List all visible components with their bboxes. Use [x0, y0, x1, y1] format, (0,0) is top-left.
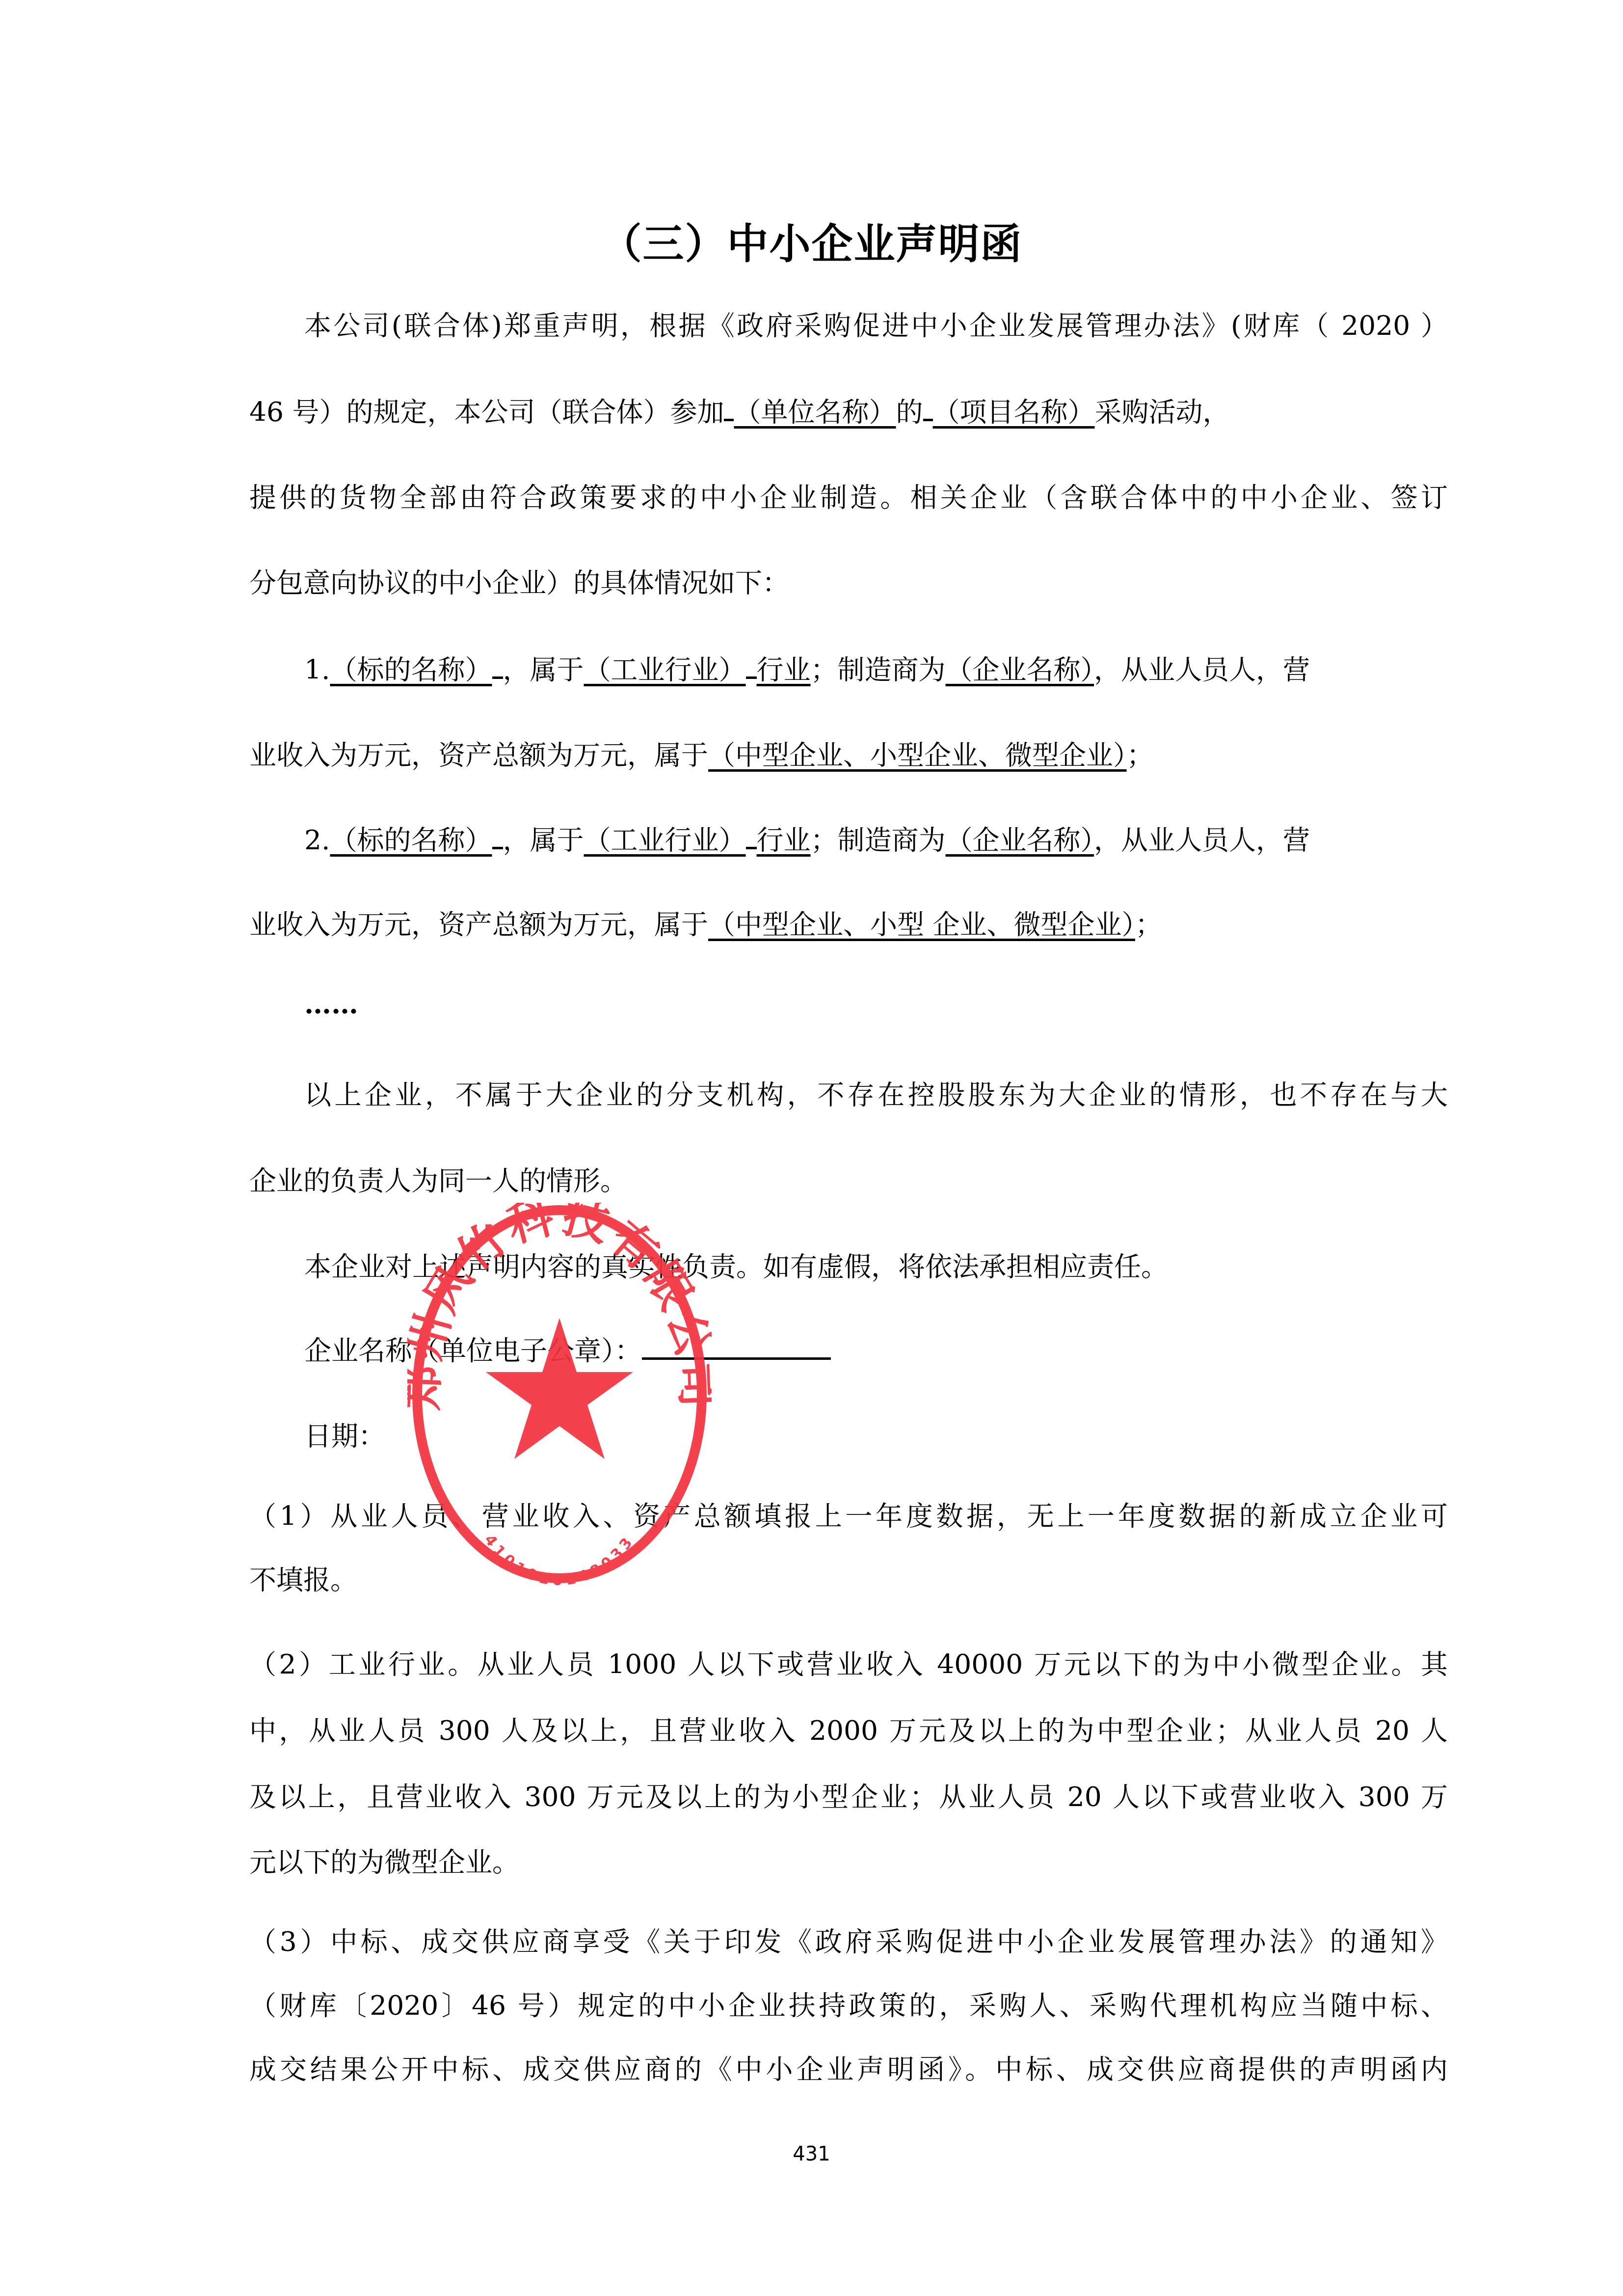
intro-text: 46 号）的规定，本公司（联合体）参加	[249, 396, 724, 428]
underline-blank	[746, 822, 757, 849]
subject-name-field[interactable]: （标的名称）	[330, 654, 492, 685]
intro-text: 采购活动，	[1095, 396, 1230, 428]
note-2-line-2: 中，从业人员 300 人及以上，且营业收入 2000 万元及以上的为中型企业；从…	[249, 1713, 1448, 1748]
company-name-label: 企业名称（单位电子公章）：	[304, 1335, 642, 1366]
company-name-row: 企业名称（单位电子公章）：	[304, 1333, 831, 1368]
intro-line-1: 本公司(联合体)郑重声明，根据《政府采购促进中小企业发展管理办法》(财库（ 20…	[304, 308, 1448, 343]
note-1-line-1: （1）从业人员、营业收入、资产总额填报上一年度数据，无上一年度数据的新成立企业可	[249, 1499, 1448, 1533]
note-3-line-3: 成交结果公开中标、成交供应商的《中小企业声明函》。中标、成交供应商提供的声明函内	[249, 2052, 1448, 2086]
date-row: 日期：	[304, 1419, 385, 1453]
intro-text: 的	[896, 396, 923, 428]
industry-suffix: 行业	[757, 824, 811, 856]
page-number: 431	[0, 2143, 1623, 2165]
svg-text:郑州风竹科技有限公司: 郑州风竹科技有限公司	[407, 1203, 712, 1411]
item-2-line-2: 业收入为万元，资产总额为万元，属于（中型企业、小型 企业、微型企业）；	[249, 907, 1162, 942]
item-number: 2.	[304, 824, 330, 856]
company-seal-field[interactable]	[642, 1333, 831, 1360]
item-text: ，从业人员人，营	[1094, 654, 1310, 685]
item-number: 1.	[304, 654, 330, 685]
note-2-line-3: 及以上，且营业收入 300 万元及以上的为小型企业；从业人员 20 人以下或营业…	[249, 1780, 1448, 1814]
note-3-line-2: （财库〔2020〕46 号）规定的中小企业扶持政策的，采购人、采购代理机构应当随…	[249, 1988, 1448, 2023]
item-text: ；制造商为	[811, 654, 946, 685]
project-name-field[interactable]: （项目名称）	[933, 396, 1095, 428]
item-1-line-2: 业收入为万元，资产总额为万元，属于（中型企业、小型企业、微型企业）；	[249, 738, 1154, 772]
item-text: 业收入为万元，资产总额为万元，属于	[249, 739, 708, 771]
industry-field[interactable]: （工业行业）	[584, 824, 746, 856]
subject-name-field[interactable]: （标的名称）	[330, 824, 492, 856]
seal-text: 郑州风竹科技有限公司	[407, 1203, 712, 1411]
svg-text:4101020148033: 4101020148033	[481, 1532, 639, 1586]
underline-blank	[492, 822, 503, 849]
intro-line-3: 提供的货物全部由符合政策要求的中小企业制造。相关企业（含联合体中的中小企业、签订	[249, 480, 1448, 514]
item-text: 业收入为万元，资产总额为万元，属于	[249, 909, 708, 940]
intro-line-4: 分包意向协议的中小企业）的具体情况如下：	[249, 566, 789, 600]
intro-line-2: 46 号）的规定，本公司（联合体）参加（单位名称）的（项目名称）采购活动，	[249, 394, 1230, 429]
industry-field[interactable]: （工业行业）	[584, 654, 746, 685]
document-page: （三）中小企业声明函 本公司(联合体)郑重声明，根据《政府采购促进中小企业发展管…	[0, 0, 1623, 2296]
statement-line-2: 企业的负责人为同一人的情形。	[249, 1163, 627, 1198]
manufacturer-field[interactable]: （企业名称）	[946, 824, 1094, 856]
unit-name-field[interactable]: （单位名称）	[734, 396, 896, 428]
item-text: ；	[1127, 739, 1154, 771]
underline-blank	[746, 652, 757, 679]
item-1-line-1: 1.（标的名称），属于（工业行业）行业；制造商为（企业名称），从业人员人，营	[304, 652, 1310, 687]
industry-suffix: 行业	[757, 654, 811, 685]
item-text: ，属于	[503, 654, 584, 685]
statement-line-1: 以上企业，不属于大企业的分支机构，不存在控股股东为大企业的情形，也不存在与大	[304, 1078, 1448, 1112]
project-name-blank	[923, 394, 933, 421]
date-label: 日期：	[304, 1420, 385, 1452]
note-2-line-4: 元以下的为微型企业。	[249, 1845, 519, 1879]
unit-name-blank	[724, 394, 734, 421]
responsibility-statement: 本企业对上述声明内容的真实性负责。如有虚假，将依法承担相应责任。	[304, 1249, 1168, 1284]
item-text: ，属于	[503, 824, 584, 856]
page-title: （三）中小企业声明函	[0, 211, 1623, 270]
note-2-line-1: （2）工业行业。从业人员 1000 人以下或营业收入 40000 万元以下的为中…	[249, 1647, 1448, 1681]
note-1-line-2: 不填报。	[249, 1563, 357, 1597]
enterprise-scale-field[interactable]: （中型企业、小型 企业、微型企业）	[708, 909, 1135, 940]
underline-blank	[492, 652, 503, 679]
manufacturer-field[interactable]: （企业名称）	[946, 654, 1094, 685]
note-3-line-1: （3）中标、成交供应商享受《关于印发《政府采购促进中小企业发展管理办法》的通知》	[249, 1924, 1448, 1959]
item-2-line-1: 2.（标的名称），属于（工业行业）行业；制造商为（企业名称），从业人员人，营	[304, 822, 1310, 857]
seal-code: 4101020148033	[481, 1532, 639, 1586]
item-text: ；制造商为	[811, 824, 946, 856]
item-text: ；	[1135, 909, 1162, 940]
item-text: ，从业人员人，营	[1094, 824, 1310, 856]
enterprise-scale-field[interactable]: （中型企业、小型企业、微型企业）	[708, 739, 1127, 771]
ellipsis: ……	[304, 987, 358, 1021]
